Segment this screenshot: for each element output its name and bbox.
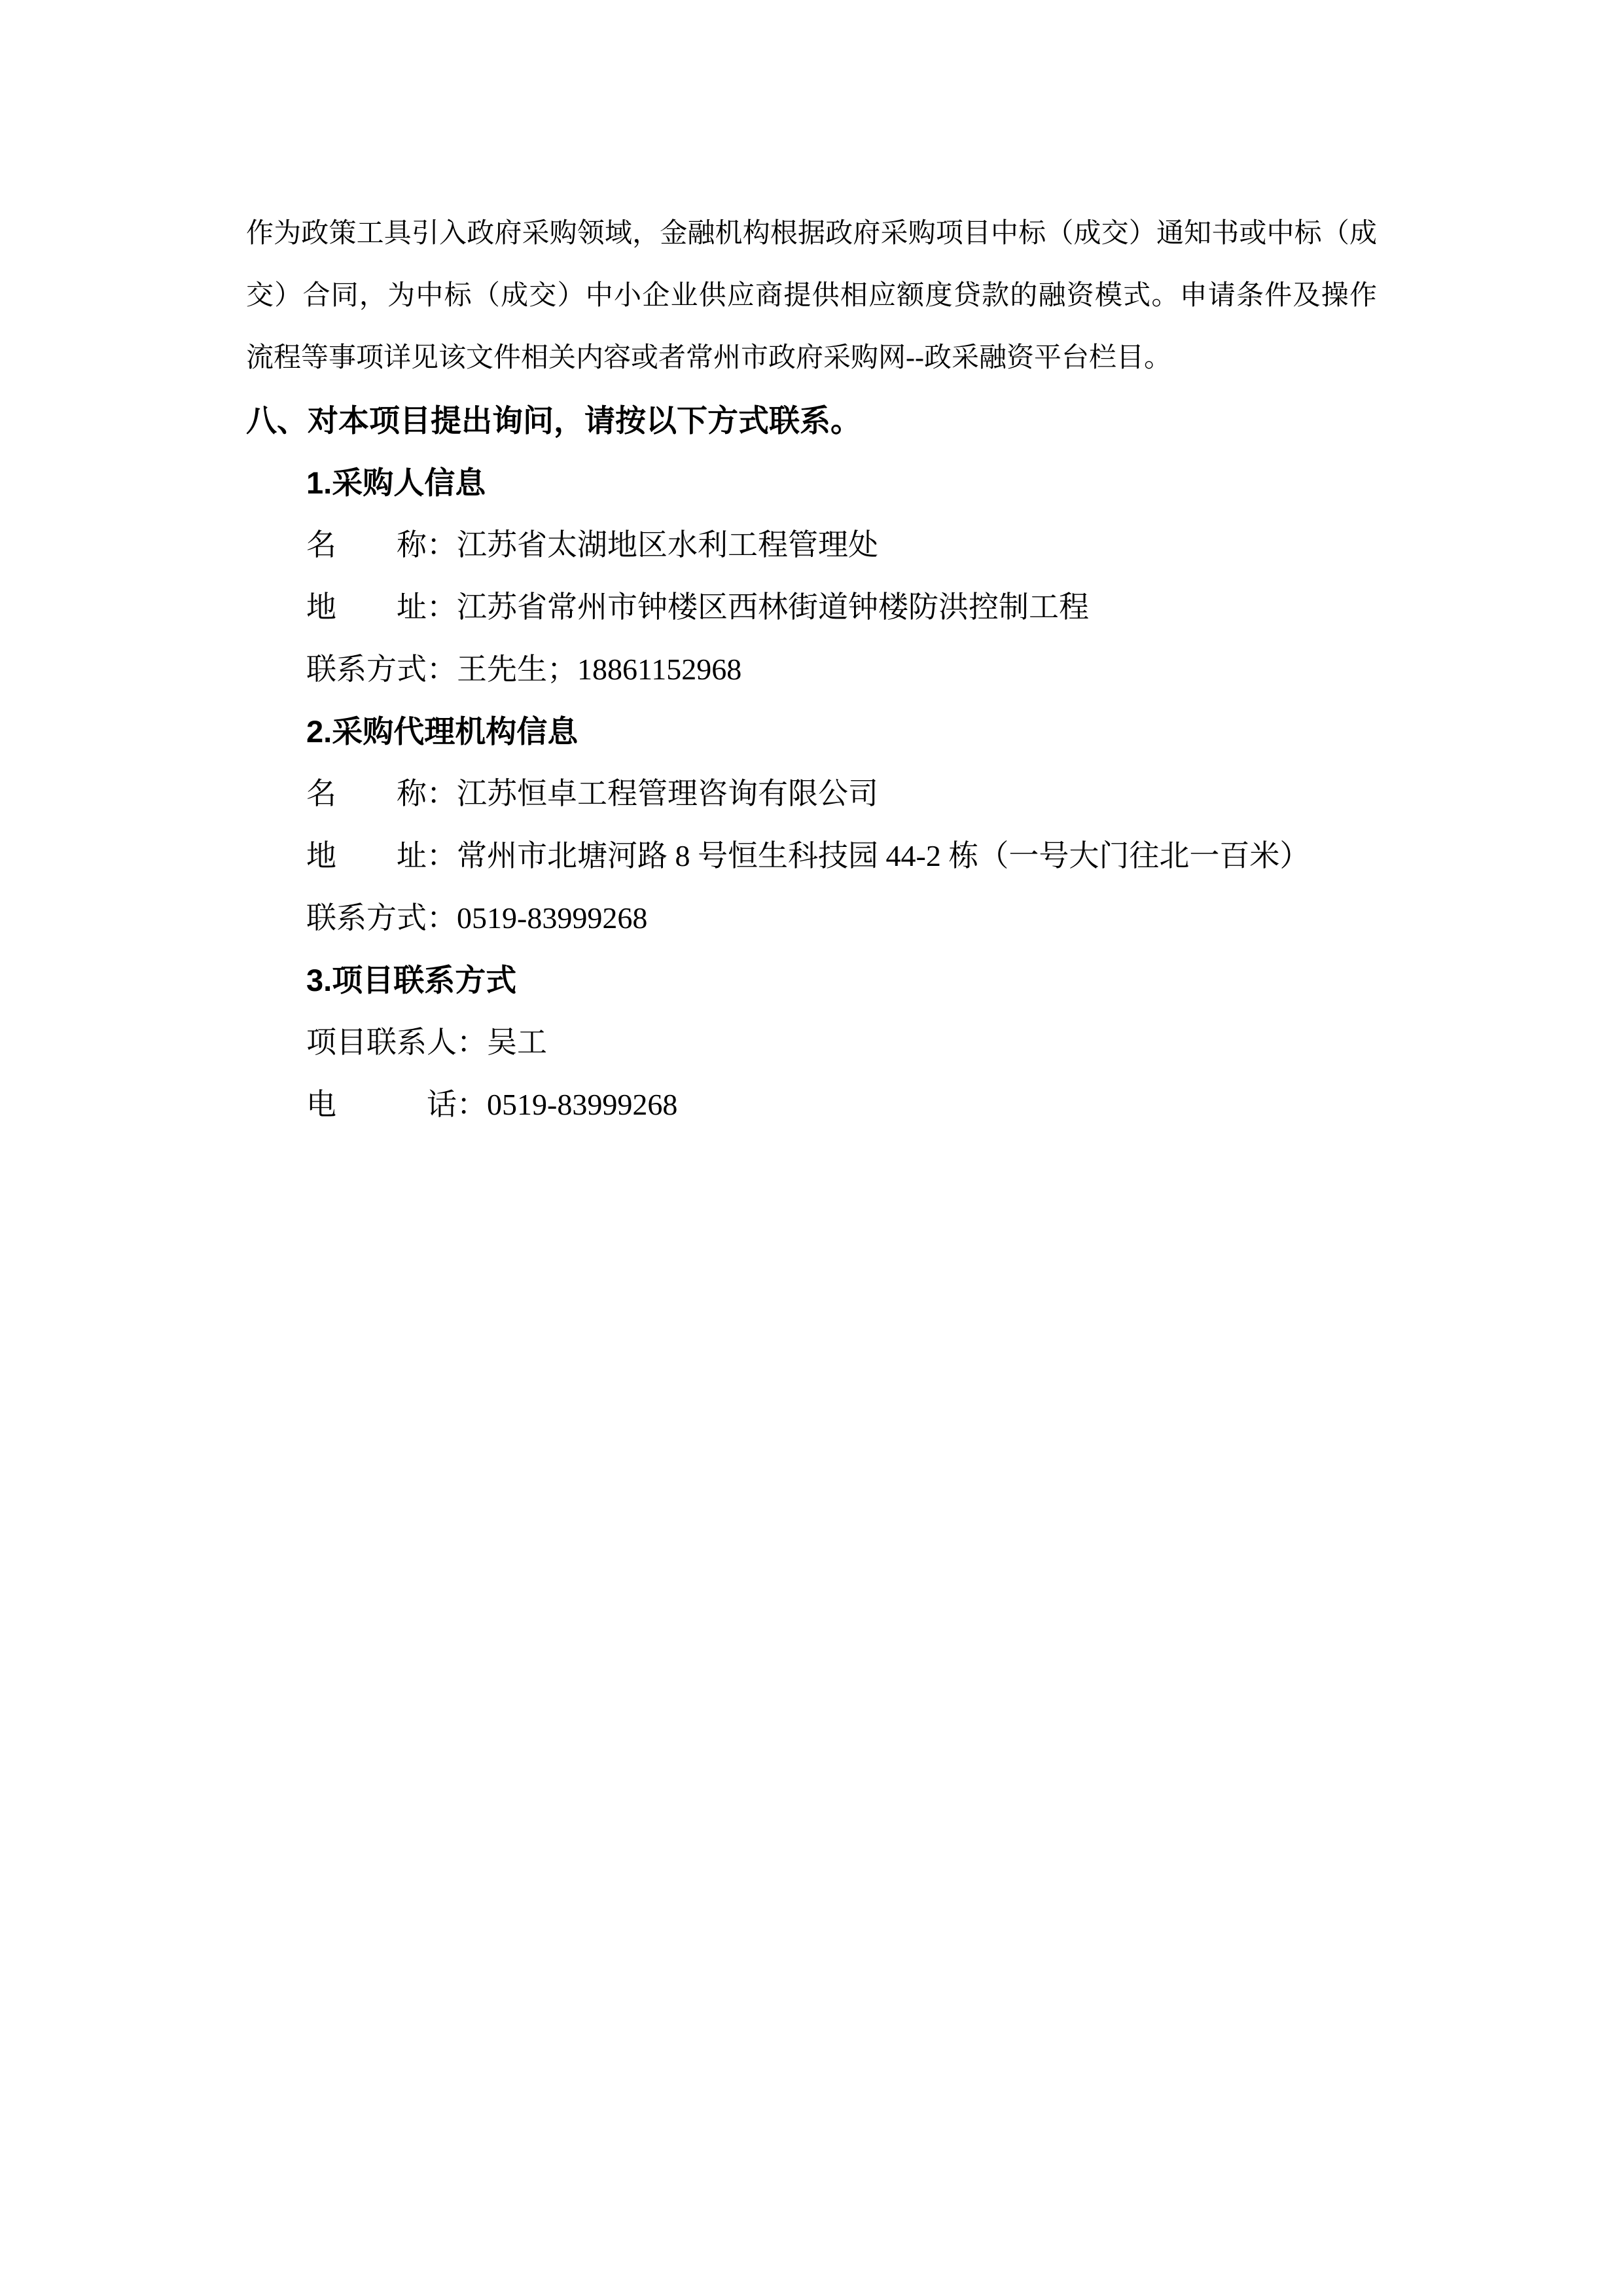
purchaser-contact-value: 王先生；18861152968 [457,653,741,686]
agency-name-label-right: 称： [397,777,457,810]
paragraph-line-3: 流程等事项详见该文件相关内容或者常州市政府采购网--政采融资平台栏目。 [246,327,1377,389]
agency-name-line: 名称：江苏恒卓工程管理咨询有限公司 [246,762,1377,825]
agency-address-label-right: 址： [397,839,457,872]
label-gap [336,865,397,866]
agency-address-label-left: 地 [306,839,336,872]
label-gap [336,617,397,617]
agency-contact-line: 联系方式：0519-83999268 [246,887,1377,949]
purchaser-heading: 1.采购人信息 [246,452,1377,514]
purchaser-name-label-right: 称： [397,528,457,562]
purchaser-address-label-left: 地 [306,590,336,624]
agency-heading: 2.采购代理机构信息 [246,700,1377,762]
project-phone-value: 0519-83999268 [487,1088,677,1121]
purchaser-address-value: 江苏省常州市钟楼区西林街道钟楼防洪控制工程 [457,590,1089,624]
agency-contact-value: 0519-83999268 [457,901,647,935]
purchaser-address-line: 地址：江苏省常州市钟楼区西林街道钟楼防洪控制工程 [246,576,1377,638]
document-page: 作为政策工具引入政府采购领域，金融机构根据政府采购项目中标（成交）通知书或中标（… [0,0,1623,2296]
label-gap [336,803,397,804]
agency-address-line: 地址：常州市北塘河路 8 号恒生科技园 44-2 栋（一号大门往北一百米） [246,825,1377,887]
paragraph-line-1: 作为政策工具引入政府采购领域，金融机构根据政府采购项目中标（成交）通知书或中标（… [246,203,1377,265]
agency-contact-label: 联系方式： [306,901,457,935]
agency-address-value: 常州市北塘河路 8 号恒生科技园 44-2 栋（一号大门往北一百米） [457,839,1310,872]
purchaser-name-line: 名称：江苏省太湖地区水利工程管理处 [246,514,1377,576]
label-gap [336,1114,427,1115]
purchaser-name-label-left: 名 [306,528,336,562]
agency-name-label-left: 名 [306,777,336,810]
project-heading: 3.项目联系方式 [246,949,1377,1011]
project-person-label: 项目联系人： [306,1026,487,1059]
project-phone-label-right: 话： [427,1088,487,1121]
agency-name-value: 江苏恒卓工程管理咨询有限公司 [457,777,878,810]
project-person-line: 项目联系人：吴工 [246,1011,1377,1073]
paragraph-line-2: 交）合同，为中标（成交）中小企业供应商提供相应额度贷款的融资模式。申请条件及操作 [246,265,1377,327]
document-content: 作为政策工具引入政府采购领域，金融机构根据政府采购项目中标（成交）通知书或中标（… [246,203,1377,1136]
purchaser-contact-label: 联系方式： [306,653,457,686]
project-phone-line: 电话：0519-83999268 [246,1073,1377,1136]
purchaser-contact-line: 联系方式：王先生；18861152968 [246,638,1377,700]
purchaser-address-label-right: 址： [397,590,457,624]
project-person-value: 吴工 [487,1026,547,1059]
project-phone-label-left: 电 [306,1088,336,1121]
purchaser-name-value: 江苏省太湖地区水利工程管理处 [457,528,878,562]
label-gap [336,554,397,555]
section-heading: 八、对本项目提出询问，请按以下方式联系。 [246,389,1377,452]
